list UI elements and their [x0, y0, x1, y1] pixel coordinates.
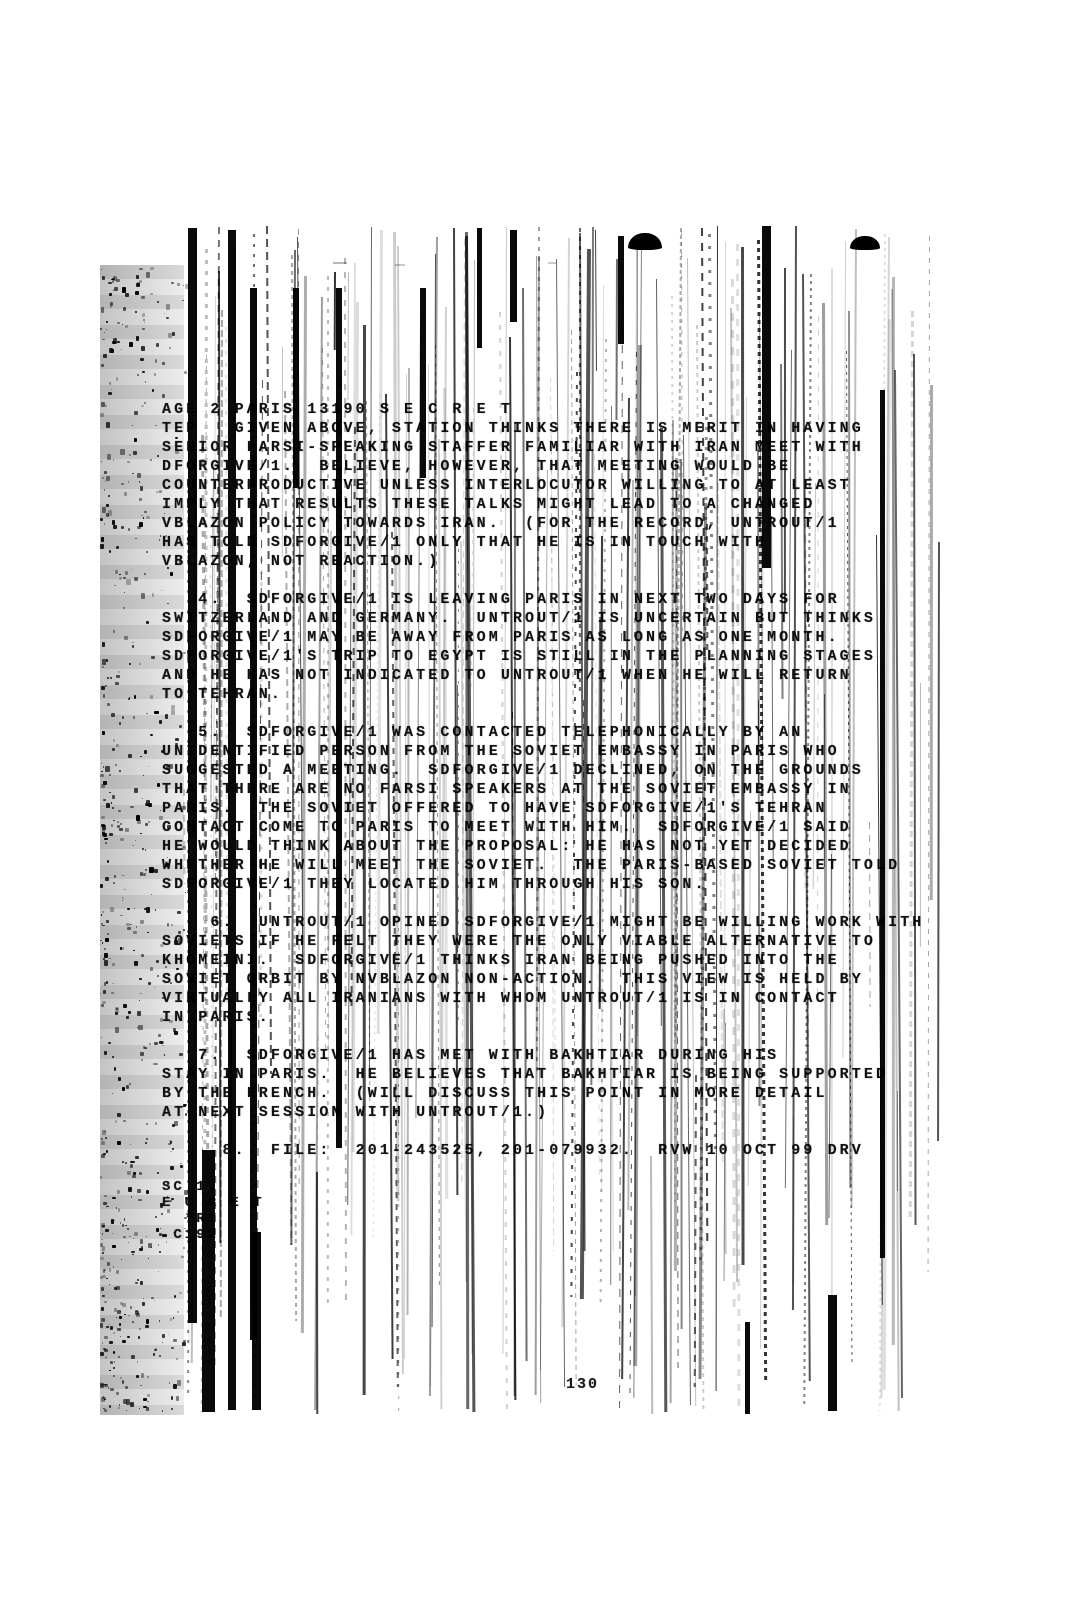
- scan-speckle: [146, 272, 150, 278]
- scan-speckle: [132, 1254, 134, 1255]
- text-line: THAT THERE ARE NO FARSI SPEAKERS AT THE …: [162, 780, 924, 799]
- scan-speckle: [132, 1321, 135, 1324]
- scan-speckle: [145, 823, 148, 826]
- scan-speckle: [113, 739, 115, 742]
- scan-speckle: [147, 1376, 149, 1377]
- scan-speckle: [137, 1011, 141, 1016]
- scan-speckle: [145, 803, 149, 806]
- scan-speckle: [113, 1266, 115, 1269]
- scan-speckle: [105, 1229, 109, 1233]
- scan-speckle: [103, 694, 106, 698]
- scan-speckle: [128, 1315, 130, 1317]
- scan-speckle: [118, 1407, 120, 1409]
- scan-speckle: [101, 269, 103, 270]
- scan-speckle: [102, 507, 106, 513]
- scan-speckle: [133, 1172, 136, 1175]
- scan-speckle: [124, 1314, 126, 1316]
- scan-speckle: [127, 1228, 129, 1230]
- scan-speckle: [109, 1370, 111, 1372]
- scan-speckle: [102, 1275, 106, 1278]
- scan-speckle: [114, 585, 116, 586]
- scan-speckle: [128, 481, 129, 483]
- scan-speckle: [135, 1310, 138, 1312]
- scan-speckle: [184, 371, 187, 373]
- scan-speckle: [113, 459, 114, 461]
- scan-speckle: [111, 279, 113, 281]
- scan-speckle: [109, 1341, 112, 1344]
- scan-speckle: [104, 1384, 108, 1387]
- scan-speckle: [152, 593, 155, 597]
- scan-speckle: [148, 982, 150, 985]
- scan-speckle: [106, 1326, 109, 1329]
- scan-speckle: [185, 284, 189, 289]
- scan-speckle: [162, 1334, 166, 1338]
- scan-speckle: [144, 908, 147, 910]
- scan-speckle: [136, 1375, 139, 1378]
- scan-speckle: [116, 1317, 118, 1318]
- scan-speckle: [119, 722, 121, 725]
- scan-speckle: [119, 1404, 120, 1406]
- text-line: HE WOULD THINK ABOUT THE PROPOSAL: HE HA…: [162, 837, 924, 856]
- scan-speckle: [103, 1202, 107, 1206]
- scan-speckle: [157, 975, 159, 977]
- scan-speckle: [103, 1269, 106, 1271]
- scan-speckle: [142, 328, 146, 331]
- scan-speckle: [160, 810, 162, 812]
- scan-speckle: [139, 1408, 140, 1409]
- scan-speckle: [133, 950, 135, 951]
- scan-speckle: [155, 425, 157, 427]
- scan-speckle: [104, 523, 105, 524]
- scan-speckle: [117, 821, 119, 823]
- text-line: 6. UNTROUT/1 OPINED SDFORGIVE/1 MIGHT BE…: [162, 913, 924, 932]
- scan-speckle: [115, 682, 119, 685]
- scan-speckle: [100, 1323, 103, 1328]
- scan-speckle: [169, 1382, 170, 1384]
- scan-speckle: [125, 1162, 127, 1164]
- scan-speckle: [102, 832, 106, 836]
- scan-speckle: [100, 884, 103, 888]
- scan-speckle: [154, 1042, 158, 1045]
- scan-speckle: [102, 666, 104, 668]
- scan-speckle: [125, 828, 129, 833]
- scan-speckle: [137, 282, 140, 286]
- scan-speckle: [125, 293, 129, 297]
- text-line: 5. SDFORGIVE/1 WAS CONTACTED TELEPHONICA…: [162, 723, 924, 742]
- scanned-document-page: AGE 2 PARIS 13190 S E C R E TTEP GIVEN A…: [0, 0, 1067, 1621]
- scan-speckle: [101, 816, 105, 820]
- scan-speckle: [156, 1228, 159, 1232]
- scan-speckle: [103, 1153, 106, 1155]
- scan-speckle: [120, 947, 124, 950]
- scan-speckle: [183, 1247, 185, 1249]
- scan-speckle: [124, 889, 126, 890]
- scan-speckle: [119, 1316, 122, 1319]
- scan-speckle: [117, 322, 120, 324]
- scan-speckle: [169, 347, 171, 349]
- scan-streak: [347, 272, 348, 400]
- scan-speckle: [113, 1247, 115, 1249]
- scan-speckle: [110, 1388, 114, 1391]
- scan-speckle: [100, 993, 101, 994]
- scan-speckle: [174, 1295, 176, 1297]
- text-line: SDFORGIVE/1 THEY LOCATED HIM THROUGH HIS…: [162, 875, 924, 894]
- scan-speckle: [168, 1334, 169, 1335]
- scan-speckle: [120, 1377, 122, 1379]
- scan-speckle: [117, 1310, 121, 1314]
- footer-line: E C R E T: [162, 1195, 924, 1211]
- scan-speckle: [142, 848, 144, 850]
- scan-speckle: [101, 1384, 104, 1386]
- scan-speckle: [123, 577, 126, 579]
- scan-speckle: [128, 754, 132, 758]
- scan-speckle: [101, 402, 105, 407]
- scan-speckle: [111, 389, 112, 390]
- scan-speckle: [115, 764, 117, 766]
- scan-speckle: [136, 275, 140, 279]
- scan-speckle: [101, 307, 105, 312]
- text-line: PARIS. THE SOVIET OFFERED TO HAVE SDFORG…: [162, 799, 924, 818]
- scan-speckle: [119, 574, 121, 575]
- scan-speckle: [124, 492, 127, 496]
- scan-speckle: [144, 750, 147, 754]
- scan-speckle: [113, 820, 116, 822]
- scan-speckle: [120, 823, 123, 825]
- scan-speckle: [121, 1259, 123, 1261]
- scan-speckle: [111, 1219, 114, 1224]
- scan-speckle: [117, 341, 120, 343]
- scan-speckle: [143, 775, 144, 776]
- scan-speckle: [129, 454, 130, 456]
- scan-speckle: [159, 1251, 161, 1253]
- scan-speckle: [140, 756, 142, 758]
- scan-speckle: [129, 1083, 131, 1085]
- scan-speckle: [102, 942, 103, 944]
- scan-speckle: [130, 924, 132, 925]
- scan-speckle: [158, 1244, 160, 1247]
- scan-speckle: [112, 341, 116, 344]
- scan-speckle: [109, 550, 111, 553]
- scan-speckle: [109, 1405, 111, 1408]
- scan-speckle: [101, 1397, 105, 1403]
- scan-speckle: [139, 1000, 140, 1001]
- scan-speckle: [101, 1223, 105, 1228]
- scan-speckle: [152, 389, 154, 392]
- scan-speckle: [181, 1256, 183, 1258]
- scan-speckle: [171, 282, 174, 284]
- scan-speckle: [136, 815, 140, 821]
- scan-speckle: [100, 544, 103, 549]
- scan-speckle: [132, 1175, 136, 1178]
- scan-speckle: [114, 1220, 115, 1222]
- scan-speckle: [104, 1301, 107, 1303]
- text-line: SWITZERLAND AND GERMANY. UNTROUT/1 IS UN…: [162, 609, 924, 628]
- text-line: AGE 2 PARIS 13190 S E C R E T: [162, 400, 924, 419]
- scan-speckle: [137, 1027, 138, 1028]
- scan-speckle: [139, 1328, 141, 1330]
- scan-speckle: [115, 1007, 119, 1013]
- scan-speckle: [100, 1352, 104, 1357]
- scan-speckle: [103, 766, 104, 768]
- scan-speckle: [101, 1037, 103, 1038]
- scan-speckle: [146, 621, 149, 625]
- scan-speckle: [100, 328, 102, 330]
- scan-speckle: [127, 1171, 131, 1175]
- scan-speckle: [111, 713, 115, 716]
- scan-speckle: [101, 1287, 104, 1291]
- text-line: WHETHER HE WILL MEET THE SOVIET. THE PAR…: [162, 856, 924, 875]
- scan-speckle: [153, 1353, 155, 1356]
- scan-speckle: [101, 923, 103, 924]
- scan-speckle: [120, 1302, 123, 1305]
- scan-speckle: [103, 1408, 105, 1409]
- scan-speckle: [120, 915, 122, 917]
- scan-speckle: [128, 1015, 129, 1016]
- scan-speckle: [103, 799, 106, 801]
- scan-speckle: [111, 824, 113, 827]
- paragraph-block: 6. UNTROUT/1 OPINED SDFORGIVE/1 MIGHT BE…: [162, 913, 924, 1027]
- scan-artifact-blob: [850, 236, 880, 250]
- scan-speckle: [118, 810, 120, 812]
- scan-speckle: [109, 1268, 111, 1271]
- scan-speckle: [135, 538, 137, 539]
- scan-speckle: [113, 1332, 115, 1334]
- scan-speckle: [127, 1336, 130, 1339]
- scan-speckle: [134, 411, 137, 415]
- scan-speckle: [117, 1190, 120, 1194]
- scan-speckle: [107, 860, 110, 863]
- scan-speckle: [171, 1396, 174, 1400]
- footer-block: SC.1.E C R E T *RT C192: [162, 1179, 924, 1243]
- scan-speckle: [115, 1012, 118, 1015]
- scan-speckle: [113, 1375, 114, 1376]
- scan-speckle: [101, 1318, 105, 1322]
- scan-speckle: [123, 607, 125, 610]
- scan-speckle: [106, 422, 110, 428]
- scan-speckle: [143, 1406, 147, 1408]
- scan-speckle: [127, 927, 131, 930]
- text-line: KHOMEINI. SDFORGIVE/1 THINKS IRAN BEING …: [162, 951, 924, 970]
- scan-speckle: [101, 763, 102, 764]
- scan-speckle: [119, 770, 121, 772]
- scan-speckle: [145, 849, 146, 851]
- scan-speckle: [105, 405, 107, 407]
- scan-speckle: [107, 933, 108, 935]
- scan-speckle: [113, 338, 117, 344]
- scan-speckle: [151, 1247, 152, 1248]
- scan-speckle: [142, 371, 145, 373]
- scan-speckle: [116, 1207, 118, 1209]
- scan-streak: [616, 259, 619, 420]
- scan-speckle: [133, 931, 137, 934]
- scan-speckle: [170, 1318, 172, 1321]
- page-number: 130: [566, 1376, 599, 1393]
- scan-speckle: [100, 1257, 104, 1260]
- scan-speckle: [100, 1176, 102, 1179]
- scan-speckle: [112, 795, 115, 799]
- scan-speckle: [117, 825, 120, 828]
- footer-line: *RT: [162, 1211, 924, 1227]
- scan-speckle: [120, 1336, 121, 1337]
- text-line: UNIDENTIFIED PERSON FROM THE SOVIET EMBA…: [162, 742, 924, 761]
- scan-speckle: [156, 491, 160, 494]
- scan-speckle: [105, 1137, 107, 1138]
- scan-speckle: [143, 1046, 145, 1049]
- scan-speckle: [102, 731, 105, 735]
- scan-speckle: [110, 907, 114, 912]
- scan-speckle: [103, 958, 105, 960]
- scan-speckle: [146, 1138, 148, 1140]
- scan-speckle: [140, 993, 142, 995]
- scan-speckle: [135, 1311, 139, 1315]
- scan-speckle: [120, 1311, 122, 1312]
- scan-speckle: [104, 1131, 106, 1133]
- scan-speckle: [112, 520, 115, 525]
- footer-line: C192: [162, 1227, 924, 1243]
- scan-speckle: [102, 1246, 106, 1251]
- scan-speckle: [143, 873, 146, 876]
- paragraph-block: 7. SDFORGIVE/1 HAS MET WITH BAKHTIAR DUR…: [162, 1046, 924, 1122]
- scan-speckle: [150, 695, 153, 699]
- scan-speckle: [115, 570, 118, 574]
- scan-streak: [937, 542, 940, 1141]
- scan-speckle: [138, 1336, 140, 1339]
- scan-speckle: [122, 1087, 125, 1091]
- scan-speckle: [122, 875, 124, 876]
- scan-speckle: [125, 325, 128, 329]
- scan-speckle: [101, 784, 105, 788]
- scan-speckle: [141, 1059, 143, 1062]
- scan-speckle: [104, 838, 108, 840]
- scan-speckle: [162, 394, 165, 398]
- scan-speckle: [164, 313, 165, 315]
- scan-speckle: [162, 1410, 163, 1412]
- scan-speckle: [126, 923, 130, 927]
- scan-speckle: [126, 1410, 128, 1411]
- scan-speckle: [173, 1317, 175, 1319]
- scan-speckle: [122, 1303, 126, 1306]
- scan-speckle: [137, 1361, 138, 1363]
- scan-speckle: [104, 960, 108, 966]
- scan-speckle: [145, 1325, 149, 1328]
- text-line: HAS TOLD SDFORGIVE/1 ONLY THAT HE IS IN …: [162, 533, 924, 552]
- scan-speckle: [147, 1320, 149, 1322]
- scan-speckle: [106, 321, 108, 323]
- scan-speckle: [139, 1248, 143, 1251]
- scan-speckle: [146, 1190, 149, 1193]
- scan-speckle: [122, 287, 126, 293]
- scan-speckle: [102, 1130, 106, 1135]
- scan-speckle: [156, 960, 159, 962]
- scan-speckle: [144, 402, 146, 404]
- scan-speckle: [109, 382, 112, 385]
- scan-speckle: [113, 882, 115, 883]
- scan-speckle: [127, 461, 130, 463]
- scan-speckle: [108, 1042, 111, 1044]
- scan-speckle: [168, 333, 172, 338]
- scan-speckle: [106, 1278, 108, 1279]
- scan-speckle: [132, 645, 134, 647]
- scan-speckle: [157, 1172, 159, 1174]
- scan-artifact-blob: [628, 233, 662, 250]
- scan-speckle: [116, 1270, 120, 1274]
- scan-speckle: [110, 1326, 113, 1329]
- scan-speckle: [166, 317, 169, 319]
- scan-speckle: [100, 1276, 103, 1279]
- scan-speckle: [102, 1252, 104, 1254]
- scan-speckle: [108, 510, 112, 516]
- scan-speckle: [134, 438, 137, 442]
- scan-speckle: [123, 1399, 127, 1403]
- scan-speckle: [104, 1336, 108, 1339]
- scan-speckle: [127, 908, 130, 910]
- scan-speckle: [121, 483, 123, 486]
- scan-speckle: [154, 987, 155, 988]
- scan-speckle: [142, 1302, 145, 1306]
- scan-speckle: [177, 1380, 181, 1386]
- scan-speckle: [144, 573, 146, 575]
- scan-speckle: [107, 703, 110, 706]
- scan-speckle: [158, 1034, 161, 1037]
- scan-speckle: [137, 1279, 140, 1281]
- scan-speckle: [102, 1342, 104, 1344]
- scan-speckle: [101, 1239, 103, 1241]
- scan-speckle: [144, 511, 147, 513]
- scan-speckle: [130, 806, 133, 808]
- scan-speckle: [109, 833, 113, 837]
- scan-speckle: [126, 1016, 129, 1019]
- scan-speckle: [173, 1384, 177, 1390]
- scan-speckle: [131, 1196, 133, 1197]
- scan-speckle: [176, 1396, 179, 1401]
- scan-speckle: [136, 283, 140, 287]
- scan-speckle: [101, 686, 105, 691]
- scan-speckle: [118, 1077, 121, 1081]
- scan-speckle: [131, 1251, 134, 1253]
- scan-speckle: [179, 1292, 182, 1294]
- scan-speckle: [150, 734, 152, 736]
- scan-speckle: [103, 781, 107, 785]
- scan-speckle: [112, 1197, 116, 1199]
- scan-speckle: [120, 1222, 121, 1224]
- scan-speckle: [109, 1324, 111, 1325]
- scan-speckle: [140, 872, 143, 876]
- scan-streak: [595, 230, 597, 371]
- scan-speckle: [138, 1199, 141, 1201]
- scan-speckle: [139, 978, 142, 981]
- scan-speckle: [141, 515, 143, 517]
- scan-speckle: [146, 1123, 148, 1125]
- scan-speckle: [154, 711, 158, 714]
- scan-speckle: [141, 954, 143, 957]
- scan-speckle: [106, 329, 107, 331]
- scan-artifact-bar: [618, 236, 624, 344]
- scan-speckle: [131, 1355, 135, 1359]
- scan-speckle: [156, 343, 160, 347]
- scan-speckle: [102, 925, 105, 927]
- scan-speckle: [102, 642, 106, 647]
- document-text-column: AGE 2 PARIS 13190 S E C R E TTEP GIVEN A…: [162, 400, 924, 1243]
- scan-speckle: [148, 1258, 149, 1259]
- scan-speckle: [118, 1208, 121, 1212]
- scan-faint-mark: [395, 264, 405, 266]
- text-line: COUNTERPRODUCTIVE UNLESS INTERLOCUTOR WI…: [162, 476, 924, 495]
- scan-speckle: [102, 829, 105, 834]
- scan-speckle: [100, 944, 101, 945]
- scan-speckle: [146, 1319, 150, 1323]
- scan-speckle: [134, 908, 135, 909]
- text-line: SDFORGIVE/1 MAY BE AWAY FROM PARIS AS LO…: [162, 628, 924, 647]
